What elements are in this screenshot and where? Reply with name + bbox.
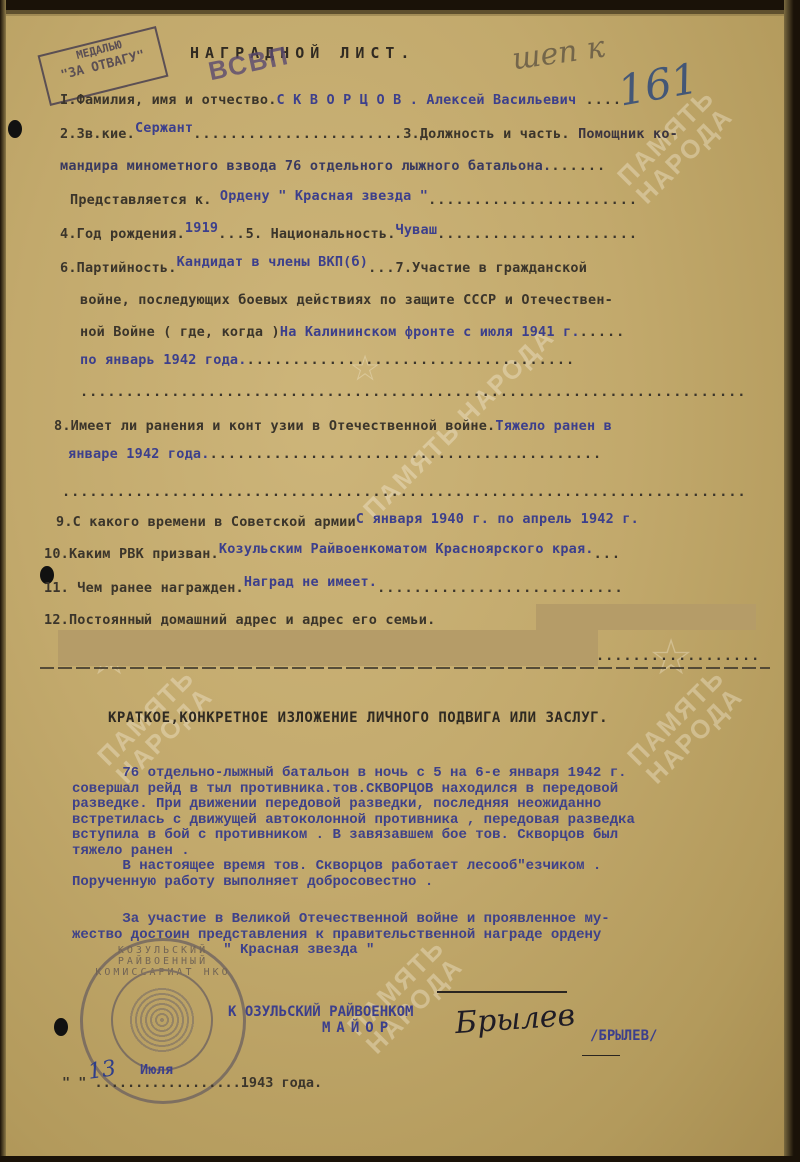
blank-dotted-line: ........................................…: [80, 384, 746, 400]
field-4-birth-year: 4.Год рождения.1919...5. Национальность.…: [60, 226, 638, 242]
signer-rank: МАЙОР: [322, 1020, 394, 1036]
redacted-address: [536, 604, 756, 630]
state-emblem-icon: [129, 987, 195, 1053]
field-9-service-since: 9.С какого времени в Советской армииС ян…: [56, 514, 639, 530]
field-7-until: по январь 1942 года.....................…: [80, 352, 575, 368]
field-10-conscripted-by: 10.Каким РВК призван.Козульским Райвоенк…: [44, 546, 621, 562]
field-3-position: мандира минометного взвода 76 отдельного…: [60, 158, 606, 174]
field-award-type: Представляется к. Ордену " Красная звезд…: [70, 192, 638, 208]
punch-hole-icon: [54, 1018, 68, 1036]
signer-organization: К ОЗУЛЬСКИЙ РАЙВОЕНКОМ: [228, 1004, 413, 1020]
date-line: " " ..................1943 года.: [62, 1075, 322, 1091]
blank-dotted-line: ........................................…: [62, 484, 747, 500]
signature-underline: [582, 1055, 620, 1056]
scan-edge-bottom: [0, 1156, 800, 1162]
scan-edge-left: [0, 0, 6, 1162]
signer-name: /БРЫЛЕВ/: [590, 1028, 657, 1044]
blank-dotted-line: ..................: [596, 648, 760, 664]
paper-fold-top: [0, 10, 800, 16]
signature-line: [437, 991, 567, 993]
field-8-wounds-date: январе 1942 года........................…: [68, 446, 602, 462]
field-6-party: 6.Партийность.Кандидат в члены ВКП(б)...…: [60, 260, 587, 276]
redacted-address: [58, 630, 598, 666]
handwritten-signature: Брылев: [454, 998, 576, 1041]
scan-edge-right: [784, 0, 800, 1162]
field-8-wounds: 8.Имеет ли ранения и конт узии в Отечест…: [54, 418, 612, 434]
handwritten-note: шеп к: [510, 30, 607, 78]
field-7-front: ной Войне ( где, когда )На Калининском ф…: [80, 324, 625, 340]
award-sheet-document: ПАМЯТЬ НАРОДА ПАМЯТЬ НАРОДА ПАМЯТЬ НАРОД…: [0, 0, 800, 1162]
narrative-text: 76 отдельно-лыжный батальон в ночь с 5 н…: [72, 766, 635, 890]
field-7-participation: войне, последующих боевых действиях по з…: [80, 292, 613, 308]
field-1-name: I.Фамилия, имя и отчество.С К В О Р Ц О …: [60, 92, 622, 108]
field-2-rank: 2.Зв.кие.Сержант.......................3…: [60, 126, 678, 142]
field-12-address: 12.Постоянный домашний адрес и адрес его…: [44, 612, 435, 628]
divider-line: [40, 667, 770, 669]
section-title: КРАТКОЕ,КОНКРЕТНОЕ ИЗЛОЖЕНИЕ ЛИЧНОГО ПОД…: [108, 710, 608, 726]
punch-hole-icon: [8, 120, 22, 138]
field-11-previous-awards: 11. Чем ранее награжден.Наград не имеет.…: [44, 580, 624, 596]
